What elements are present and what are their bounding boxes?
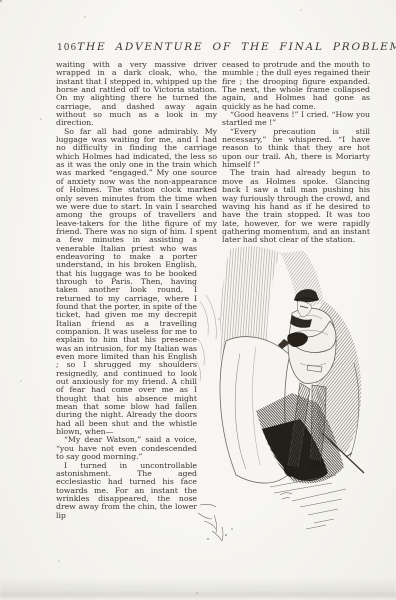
paragraph: The train had already begun to move as H… bbox=[222, 169, 370, 244]
paragraph: So far all had gone admirably. My luggag… bbox=[56, 128, 217, 437]
page-title: THE ADVENTURE OF THE FINAL PROBLEM. bbox=[77, 41, 396, 53]
wrap-spacer bbox=[197, 237, 217, 543]
paragraph: “Good heavens !” I cried. “How you start… bbox=[222, 111, 370, 128]
paragraph: ceased to protrude and the mouth to mumb… bbox=[222, 61, 370, 111]
engraving-image bbox=[196, 243, 380, 575]
scan-shadow bbox=[0, 578, 396, 600]
page-number: 106 bbox=[57, 43, 77, 53]
right-text-column: ceased to protrude and the mouth to mumb… bbox=[222, 61, 370, 245]
running-header: 106 THE ADVENTURE OF THE FINAL PROBLEM. bbox=[57, 41, 367, 53]
paragraph: “My dear Watson,” said a voice, “you hav… bbox=[56, 436, 217, 461]
paragraph: waiting with a very massive driver wrapp… bbox=[56, 61, 217, 128]
left-text-column: waiting with a very massive driver wrapp… bbox=[56, 61, 217, 543]
illustration bbox=[196, 243, 380, 575]
scan-noise bbox=[0, 0, 2, 2]
paragraph: I turned in uncontrollable astonishment.… bbox=[56, 462, 217, 520]
book-page: 106 THE ADVENTURE OF THE FINAL PROBLEM. … bbox=[0, 0, 396, 600]
paragraph: “Every precaution is still necessary,” h… bbox=[222, 128, 370, 170]
